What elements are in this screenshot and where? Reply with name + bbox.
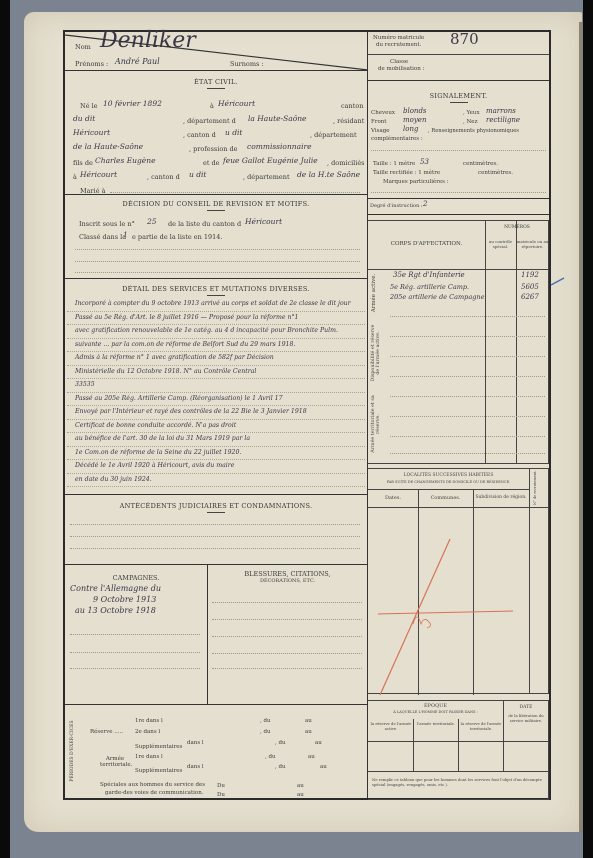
classe-box: Classe de mobilisation : [368,54,549,81]
service-line: 1Incorporé à compter du 9 octobre 1913 a… [67,298,365,312]
corps-section: CORPS D'AFFECTATION. NUMÉROS au contrôle… [368,220,549,464]
canton-value: du dit [73,114,95,123]
taille-rectifiee-label: Taille rectifiée : 1 mètre [373,170,440,176]
fils-value: Charles Eugène [95,156,156,165]
ne-le-value: 10 février 1892 [103,99,162,108]
service-line: Envoyé par l'Intérieur et rayé des contr… [67,406,365,420]
du-label: Du [217,783,225,789]
epoque-note: Ne remplir ce tableau que pour les homme… [372,777,544,787]
domicile-value: Héricourt [80,170,117,179]
service-line: en date du 30 juin 1924. [67,474,365,488]
corps-entry: 205e artillerie de Campagne [390,293,484,301]
domicilies-label: , domiciliés [327,159,365,167]
departement2-label: , département [310,131,357,139]
blessures-title: BLESSURES, CITATIONS, [207,570,368,578]
epoque-col2: l'armée territoriale. [415,721,457,726]
speciales-2-label: garde-des voies de communication. [105,790,204,796]
au-label: au [297,783,304,789]
centimetres2-label: centimètres. [478,170,513,176]
marques-label: Marques particulières : [383,179,449,185]
cheveux-label: Cheveux [371,110,395,116]
classe-label-2: de mobilisation : [378,66,424,72]
section-disponibilite-label: Disponibilité et réserve de l'armée acti… [371,323,381,383]
section-territoriale-label: Armée territoriale et sa réserve. [371,389,381,459]
residant-label: , résidant [333,117,364,125]
armee-1-label: 1re dans l [135,754,163,760]
date-sub: de la libération du service militaire. [505,713,547,723]
service-text: 33535 [75,381,95,388]
service-line: 33535 [67,379,365,393]
services-lines: 1Incorporé à compter du 9 octobre 1913 a… [67,298,365,487]
service-text: Ministérielle du 12 Octobre 1918. N° au … [75,368,256,375]
departement-value: la Haute-Saône [248,114,306,123]
services-title: DÉTAIL DES SERVICES ET MUTATIONS DIVERSE… [65,285,367,296]
numeros-title: NUMÉROS [485,225,549,230]
matricule-label: Numéro matricule [373,35,424,41]
matricule-box: Numéro matricule du recrutement. 870 [368,32,549,55]
service-text: Admis à la réforme n° 1 avec gratificati… [75,354,274,361]
epoque-subtitle: À LAQUELLE L'HOMME DOIT PASSER DANS : [368,710,503,714]
corps-entry: 5e Rég. artillerie Camp. [390,283,469,291]
antecedents-section: ANTÉCÉDENTS JUDICIAIRES ET CONDAMNATIONS… [65,494,367,565]
du-label: Du [217,792,225,798]
service-text: suivante ... par la com.on de réforme de… [75,341,295,348]
cheveux-value: blonds [403,107,427,115]
date-title: DATE [503,705,549,710]
departement3-label: , département [243,173,290,181]
campagne-line: 9 Octobre 1913 [93,595,156,604]
speciales-1-label: Spéciales aux hommes du service des [100,782,205,788]
service-text: en date du 30 juin 1924. [75,476,152,483]
service-text: Passé au 5e Rég. d'Art. le 8 juillet 191… [75,314,299,321]
service-text: avec gratification renouvelable de 1e ca… [75,327,338,334]
taille-label: Taille : 1 mètre [373,161,415,167]
localites-section: LOCALITÉS SUCCESSIVES HABITÉES PAR SUITE… [368,468,549,694]
classe-label: Classe [390,59,408,65]
campagnes-section: CAMPAGNES. Contre l'Allemagne du 9 Octob… [65,564,208,705]
canton-label: canton [341,102,363,110]
et-de-value: feue Gallot Eugénie Julie [223,156,318,165]
departement-label: , département d [183,117,236,125]
front-value: moyen [403,116,426,124]
visage-label: Visage [371,128,390,134]
service-line: suivante ... par la com.on de réforme de… [67,339,365,353]
service-text: au bénéfice de l'art. 30 de la loi du 31… [75,435,250,442]
inscrit-label: Inscrit sous le n° [79,220,135,228]
yeux-label: , Yeux [463,110,480,116]
classe-dans-label: Classé dans la [79,233,126,241]
periodes-side-label: PÉRIODES D'EXER-CICES [70,716,75,786]
profession-label: , profession de [189,145,238,153]
au-label: au [305,718,312,724]
front-label: Front [371,119,387,125]
campagne-line: Contre l'Allemagne du [70,584,161,593]
a-value: Héricourt [218,99,255,108]
reserve-supp-label: Supplémentaires [135,744,182,750]
corps-title: CORPS D'AFFECTATION. [368,241,485,247]
corps-numero: 6267 [521,293,539,301]
reserve-label: Réserve ..... [90,729,123,735]
liste-value: Héricourt [245,217,282,226]
au-label: au [308,754,315,760]
armee-supp-label: Supplémentaires [135,768,182,774]
strike-line [65,32,368,70]
corps-entry: 35e Rgt d'Infanterie [393,271,465,279]
reserve-1-label: 1re dans l [135,718,163,724]
canton2-label: , canton d [183,131,216,139]
registration-form: Nom Denliker Prénoms : André Paul Surnom… [63,30,551,800]
antecedents-title: ANTÉCÉDENTS JUDICIAIRES ET CONDAMNATIONS… [65,502,367,513]
liste-label: de la liste du canton d [168,220,241,228]
dans-l-label: dans l [187,764,204,770]
instruction-label: Degré d'instruction : [370,203,423,209]
red-cross-mark [368,469,549,695]
service-line: Ministérielle du 12 Octobre 1918. N° au … [67,366,365,380]
blessures-subtitle: DÉCORATIONS, ETC. [207,578,368,584]
dans-l-label: dans l [187,740,204,746]
decision-title: DÉCISION DU CONSEIL DE REVISION ET MOTIF… [65,200,367,211]
service-line: au bénéfice de l'art. 30 de la loi du 31… [67,433,365,447]
au-label: au [315,740,322,746]
residant-value: Héricourt [73,128,110,137]
signalement-section: SIGNALEMENT. Cheveux blonds , Yeux marro… [368,80,549,199]
taille-value: 53 [420,158,429,166]
du-label: , du [275,740,286,746]
visage-value: long [403,125,418,133]
ne-le-label: Né le [80,102,98,110]
corps-numero: 5605 [521,283,539,291]
et-de-label: et de [203,159,220,167]
yeux-value: marrons [486,107,516,115]
numeros-col1: au contrôle spécial. [485,239,516,249]
nez-value: rectiligne [486,116,520,124]
service-line: 5Admis à la réforme n° 1 avec gratificat… [67,352,365,366]
instruction-value: 2 [423,200,427,208]
epoque-col1: la réserve de l'armée active. [370,721,412,731]
du-label: , du [260,729,271,735]
signalement-title: SIGNALEMENT. [368,92,549,103]
instruction-box: Degré d'instruction : 2 [368,198,549,215]
service-line: 4Certificat de bonne conduite accordé. N… [67,420,365,434]
service-text: Décédé le 1e Avril 1920 à Héricourt, avi… [75,462,234,469]
du-label: , du [265,754,276,760]
au-label: au [297,792,304,798]
departement2-value: de la Haute-Saône [73,142,143,151]
reserve-2-label: 2e dans l [135,729,160,735]
epoque-col3: la réserve de l'armée territoriale. [460,721,502,731]
scan-edge-right [583,0,593,858]
service-text: Envoyé par l'Intérieur et rayé des contr… [75,408,307,415]
centimetres-label: centimètres. [463,161,498,167]
a-label: à [210,102,214,110]
service-text: Incorporé à compter du 9 octobre 1913 ar… [75,300,351,307]
matricule-label-2: du recrutement. [376,42,421,48]
numeros-col2: matricule ou au répertoire. [516,239,549,249]
service-line: Décédé le 1e Avril 1920 à Héricourt, avi… [67,460,365,474]
renseignements-label: , Renseignements physionomiques [428,128,519,134]
departement3-value: de la H.te Saône [297,170,360,179]
classe-dans-value: 1 [123,230,128,239]
matricule-value: 870 [450,30,479,48]
inscrit-value: 25 [147,217,157,226]
service-text: Certificat de bonne conduite accordé. N'… [75,422,236,429]
right-column: Numéro matricule du recrutement. 870 Cla… [368,32,549,798]
au-label: au [305,729,312,735]
canton2-value: u dit [225,128,242,137]
campagne-line: au 13 Octobre 1918 [75,606,156,615]
fils-label: fils de [73,159,93,167]
service-line: avec gratification renouvelable de 1e ca… [67,325,365,339]
name-block: Nom Denliker Prénoms : André Paul Surnom… [65,32,367,71]
epoque-section: ÉPOQUE À LAQUELLE L'HOMME DOIT PASSER DA… [368,700,549,800]
complementaires-label: complémentaires : [371,136,423,142]
service-line: Passé au 5e Rég. d'Art. le 8 juillet 191… [67,312,365,326]
epoque-title: ÉPOQUE [368,703,503,709]
du-label: , du [260,718,271,724]
periodes-section: PÉRIODES D'EXER-CICES Réserve ..... 1re … [65,704,367,800]
service-line: 1e Com.on de réforme de la Seine du 22 j… [67,447,365,461]
campagnes-title: CAMPAGNES. [65,574,207,582]
armee-territoriale-label: Armée territoriale. [100,756,130,768]
service-text: Passé au 205e Rég. Artillerie Camp. (Réo… [75,395,283,402]
corps-numero: 1192 [521,271,539,279]
blue-pen-mark [550,275,566,287]
partie-label: e partie de la liste en 1914. [132,233,222,241]
service-line: 2Passé au 205e Rég. Artillerie Camp. (Ré… [67,393,365,407]
page-spine [579,22,582,832]
canton3-value: u dit [189,170,206,179]
profession-value: commissionnaire [247,142,312,151]
etat-civil-section: ÉTAT CIVIL. Né le 10 février 1892 à Héri… [65,70,367,195]
nez-label: , Nez [463,119,477,125]
service-text: 1e Com.on de réforme de la Seine du 22 j… [75,449,241,456]
left-column: Nom Denliker Prénoms : André Paul Surnom… [65,32,368,798]
scan-edge-left [0,0,10,858]
etat-civil-title: ÉTAT CIVIL. [65,78,367,89]
services-section: DÉTAIL DES SERVICES ET MUTATIONS DIVERSE… [65,278,367,495]
decision-section: DÉCISION DU CONSEIL DE REVISION ET MOTIF… [65,194,367,279]
blessures-section: BLESSURES, CITATIONS, DÉCORATIONS, ETC. [207,564,368,705]
du-label: , du [275,764,286,770]
section-active-label: Armée active. [371,273,377,313]
au-label: au [320,764,327,770]
canton3-label: , canton d [147,173,180,181]
